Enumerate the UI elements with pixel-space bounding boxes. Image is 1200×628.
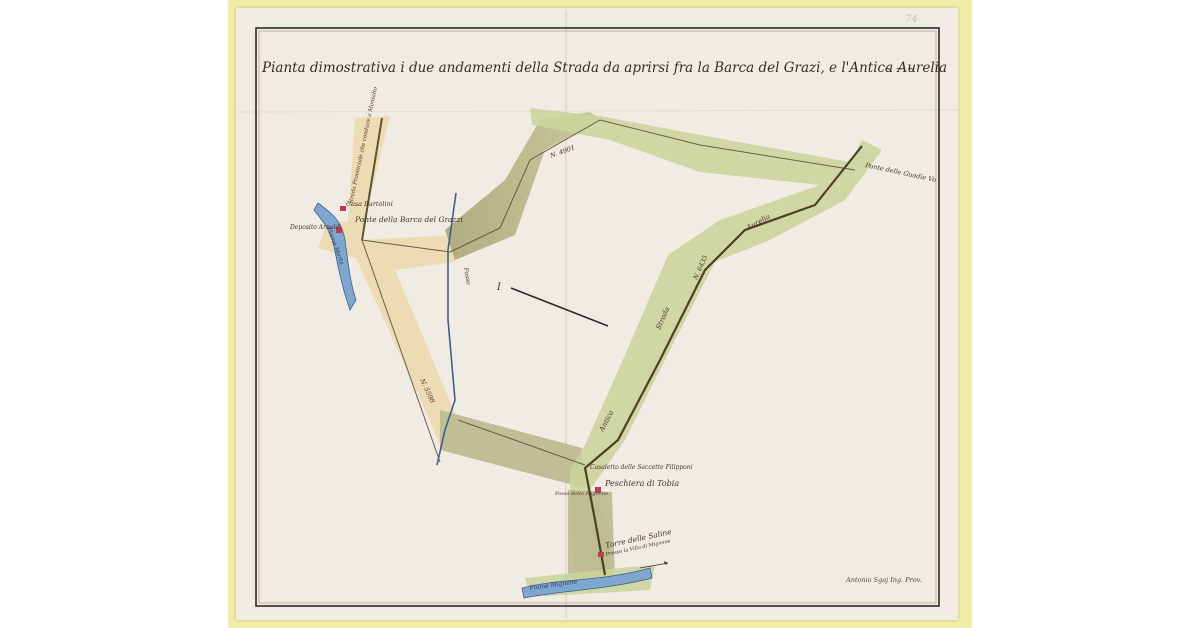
label-casaletto: Casaletto delle Saccette Filipponi [590,464,693,471]
historic-road-map: I Pianta dimostrativa i due andamenti de… [0,0,1200,628]
label-peschiera: Peschiera di Tobia [604,479,679,488]
label-ponte-barca: Ponte della Barca del Grazzi [354,215,463,224]
label-fosso: Fosso [462,266,472,286]
label-ponte-quartaccio: Ponte delle Guadie Vo [864,161,937,184]
label-fosso-mignone: Fosso detto Mignone [554,491,608,497]
scale-bar [511,288,608,326]
road-band-olive-north [445,112,600,260]
road-band-tan-west [318,116,458,445]
title-flourish: ~ ~ ~ [884,64,916,75]
signature: Antonio Sgaj Ing. Prov. [845,576,922,584]
scale-bar-label: I [496,282,502,293]
map-viewer: I Pianta dimostrativa i due andamenti de… [0,0,1200,628]
map-title: Pianta dimostrativa i due andamenti dell… [261,60,947,76]
archive-number: 74 [905,14,918,25]
paper-fold-horizontal [236,110,958,112]
building-torre-saline [598,552,604,557]
